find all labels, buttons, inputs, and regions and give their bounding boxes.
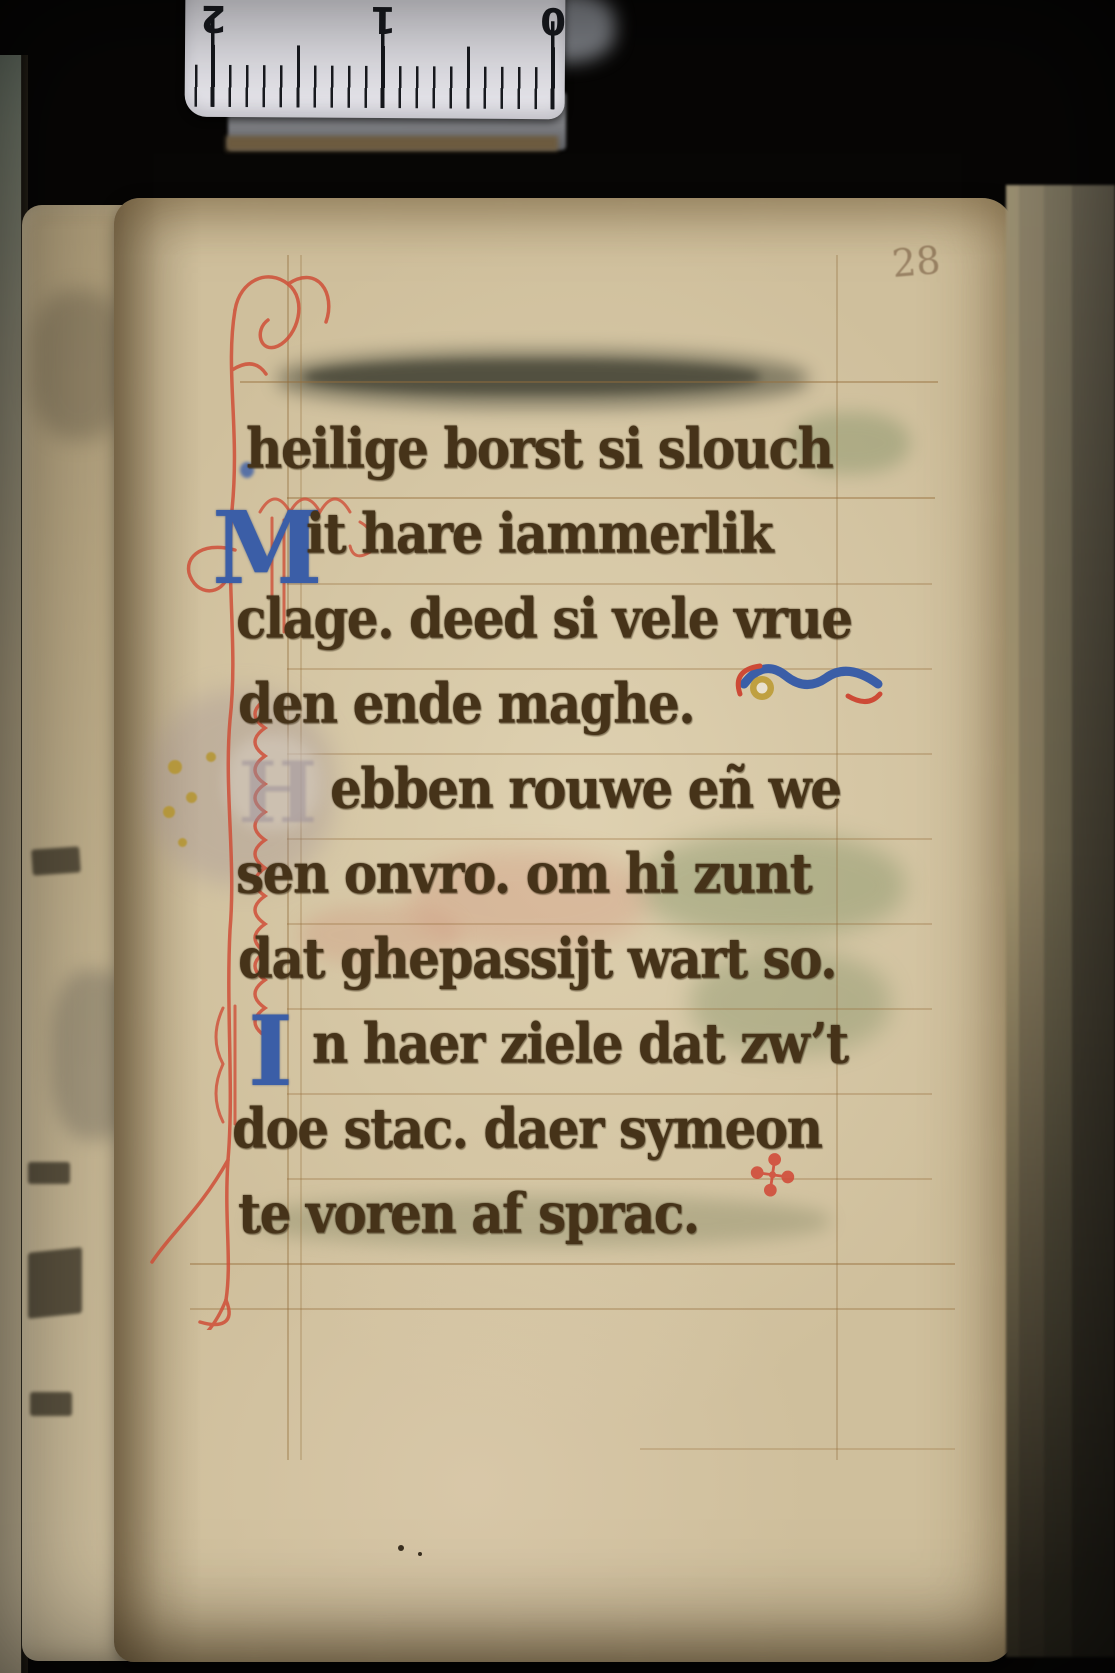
underlying-leaves [22,205,172,1661]
pink-showthrough [408,850,648,950]
ruling-line [190,1263,955,1265]
ruling-line-vertical [300,255,302,1460]
initial-m: M [212,498,323,598]
ruler-label-0: 0 [531,0,575,42]
green-showthrough [690,950,890,1055]
faded-initial-remnant [150,690,335,885]
olive-showthrough [250,1195,830,1247]
red-penwork-flourish [140,250,340,1330]
line-filler-red-cross-icon: ✣ [744,1139,802,1213]
initial-i: I [248,1002,293,1102]
gold-fleck [163,806,175,818]
ruling-line [287,668,932,670]
ruling-line [287,1093,932,1095]
script-line-4: den ende maghe. [238,671,694,736]
photo-vignette [0,0,1115,1673]
gold-fleck [186,792,197,803]
script-line-10: te voren af sprac. [238,1181,699,1246]
red-filigree-initial-m [250,478,390,648]
script-line-2: it hare iammerlik [306,501,772,566]
ruling-line [287,1008,932,1010]
photograph-of-manuscript: 2 1 0 28 [0,0,1115,1673]
glass-plate-edge [0,55,22,1673]
sewing-slit [30,1392,72,1416]
green-showthrough [640,833,905,938]
ruling-line [287,1178,932,1180]
script-line-8: n haer ziele dat zw’t [312,1011,848,1076]
gutter-shadow [114,198,202,1662]
script-line-5: ebben rouwe eñ we [330,756,841,821]
gold-fleck [206,752,216,762]
ruling-line [287,838,932,840]
script-line-6: sen onvro. om hi zunt [236,841,811,906]
ruling-line [240,381,938,383]
gutter-stain [52,970,137,1140]
script-line-3: clage. deed si vele vrue [236,586,852,651]
sewing-slit [28,1162,70,1184]
ink-offset-smudge [278,350,808,408]
ruling-line [190,1308,955,1310]
ruling-line-vertical [836,255,838,1460]
script-line-7: dat ghepassijt wart so. [238,926,836,991]
ruling-line [640,1448,955,1450]
script-line-9: doe stac. daer symeon [232,1096,821,1161]
faded-initial-highlight [225,735,320,830]
gold-fleck [178,838,187,847]
centimeter-scale: 2 1 0 [185,0,566,119]
sewing-slit [28,1247,82,1319]
book-top-edge [226,136,558,151]
fore-edge-page-stack [1006,185,1115,1657]
script-line-1: heilige borst si slouch [246,416,832,481]
blue-pen-speck [240,462,254,478]
pink-showthrough [300,905,460,965]
ruling-line [287,753,932,755]
ruler-label-2: 2 [191,0,235,40]
initial-h-faded: H [238,748,317,838]
gold-fleck [168,760,182,774]
ink-offset-smudge-dark [305,360,760,394]
folio-number: 28 [890,238,942,286]
ruling-line [287,497,935,499]
manuscript-page [114,198,1014,1662]
ink-speck [418,1552,422,1556]
ink-speck [398,1545,404,1551]
ruler-label-1: 1 [361,0,405,41]
sewing-slit [31,846,81,875]
line-filler-scroll-icon [730,650,890,714]
ruling-line-vertical [287,255,289,1460]
ruling-line [287,583,932,585]
gutter-stain [32,290,127,440]
red-filigree-initial-i [205,1000,275,1130]
green-showthrough [790,412,910,474]
glass-edge-shadow [21,55,28,1673]
ruling-line [287,923,932,925]
